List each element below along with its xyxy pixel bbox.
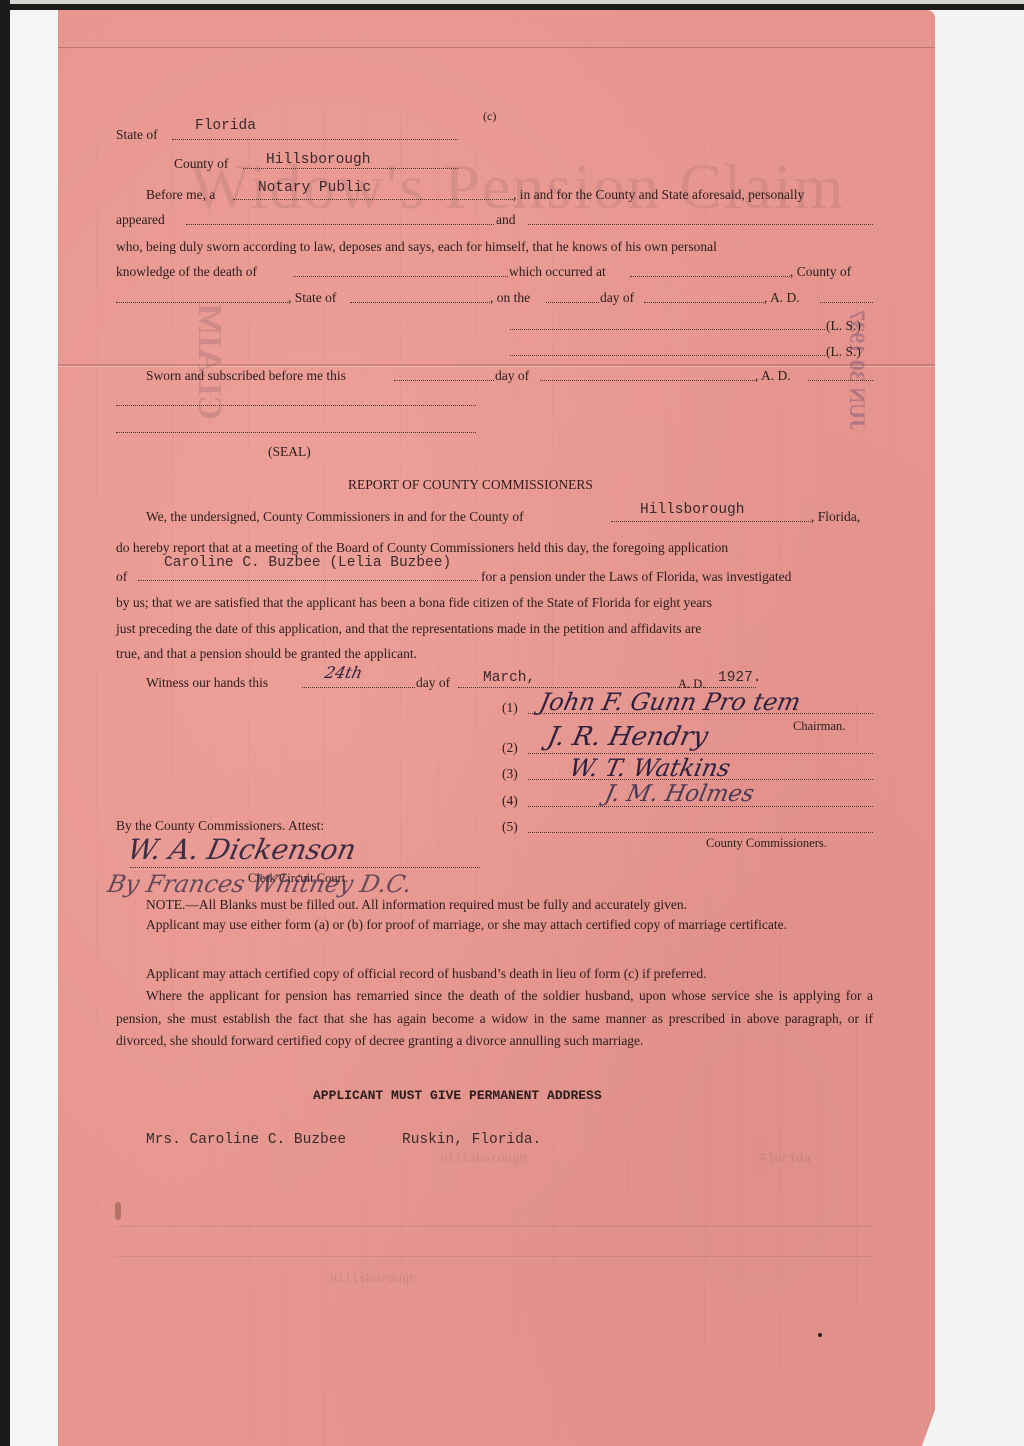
county-field-line	[243, 168, 458, 169]
clerk-signature-line	[130, 867, 480, 868]
year-field-line	[820, 302, 873, 303]
report-county-value: Hillsborough	[640, 503, 744, 518]
applicant-field-line	[138, 580, 478, 581]
ls-signature-line-2	[510, 355, 825, 356]
ls-label-1: (L. S.)	[826, 319, 861, 333]
scan-left-border	[0, 0, 10, 1446]
appeared-label: appeared	[116, 213, 165, 227]
attest-label: By the County Commissioners. Attest:	[116, 819, 324, 833]
report-county-field-line	[611, 521, 811, 522]
knowledge-label: knowledge of the death of	[116, 265, 257, 279]
note-remarriage: Where the applicant for pension has rema…	[116, 985, 873, 1053]
day-of-label: day of	[600, 291, 634, 305]
scan-margin	[10, 10, 58, 1446]
signature-number-4: (4)	[502, 794, 518, 808]
sworn-day-of-label: day of	[495, 369, 529, 383]
before-me-suffix: , in and for the County and State afores…	[513, 188, 804, 202]
officer-signature-line	[116, 405, 476, 406]
report-line-2: do hereby report that at a meeting of th…	[116, 541, 728, 555]
commissioner-signature-4: J. M. Holmes	[603, 783, 757, 806]
witness-month-value: March,	[483, 671, 535, 686]
note-blanks: NOTE.—All Blanks must be filled out. All…	[146, 898, 687, 912]
ad-label: , A. D.	[764, 291, 800, 305]
commissioner-signature-2: J. R. Hendry	[545, 724, 710, 750]
fold-crease-top	[58, 47, 935, 48]
note-marriage-proof-text: Applicant may use either form (a) or (b)…	[146, 917, 787, 932]
witness-day-field-line	[302, 687, 415, 688]
ls-signature-line-1	[510, 329, 825, 330]
stain-mark	[115, 1202, 121, 1220]
state-label: State of	[116, 128, 158, 142]
state-field-line	[172, 139, 458, 140]
appeared-field-line-1	[186, 224, 494, 225]
note-death-record: Applicant may attach certified copy of o…	[146, 967, 707, 981]
form-label: (c)	[483, 110, 496, 122]
state-of-label: , State of	[288, 291, 336, 305]
appeared-field-line-2	[528, 224, 873, 225]
commissioner-signature-1: John F. Gunn Pro tem	[537, 690, 802, 714]
sworn-day-field-line	[394, 380, 494, 381]
county-commissioners-label: County Commissioners.	[706, 837, 827, 850]
of-label: of	[116, 570, 127, 584]
before-me-label: Before me, a	[146, 188, 215, 202]
officer-field-line	[233, 199, 513, 200]
applicant-address-place: Ruskin, Florida.	[402, 1133, 541, 1148]
sworn-year-field-line	[808, 380, 873, 381]
ink-speck	[818, 1333, 822, 1337]
officer-value: Notary Public	[258, 181, 371, 196]
sworn-subscribed-label: Sworn and subscribed before me this	[146, 369, 346, 383]
applicant-value: Caroline C. Buzbee (Lelia Buzbee)	[164, 556, 451, 571]
sworn-month-field-line	[540, 380, 755, 381]
commissioner-signature-3: W. T. Watkins	[567, 756, 732, 780]
county-field-line-2	[116, 302, 288, 303]
witness-label: Witness our hands this	[146, 676, 268, 690]
bleed-through-line	[116, 1256, 873, 1257]
county-value: Hillsborough	[266, 153, 370, 168]
occurred-field-line	[630, 276, 790, 277]
witness-year-value: 1927.	[718, 671, 762, 686]
county-of-label: , County of	[790, 265, 851, 279]
address-heading: APPLICANT MUST GIVE PERMANENT ADDRESS	[313, 1089, 602, 1102]
ls-label-2: (L. S.)	[826, 345, 861, 359]
signature-line-5	[528, 832, 873, 833]
scan-top-border	[10, 4, 1024, 10]
day-field-line	[546, 302, 599, 303]
signature-number-2: (2)	[502, 741, 518, 755]
fold-crease-middle	[58, 364, 935, 366]
officer-title-line	[116, 432, 476, 433]
applicant-address-name: Mrs. Caroline C. Buzbee	[146, 1133, 346, 1148]
deceased-field-line	[293, 276, 508, 277]
report-line-5: just preceding the date of this applicat…	[116, 622, 701, 636]
sworn-ad-label: , A. D.	[755, 369, 791, 383]
deputy-clerk-signature: By Frances Whitney D.C.	[105, 872, 414, 896]
report-line-1: We, the undersigned, County Commissioner…	[146, 510, 524, 524]
note-marriage-proof: Applicant may use either form (a) or (b)…	[116, 914, 873, 937]
report-heading: REPORT OF COUNTY COMMISSIONERS	[348, 478, 593, 492]
occurred-label: which occurred at	[509, 265, 606, 279]
month-field-line	[644, 302, 764, 303]
report-line-3-suffix: for a pension under the Laws of Florida,…	[481, 570, 791, 584]
state-field-line-2	[350, 302, 490, 303]
signature-number-5: (5)	[502, 820, 518, 834]
sworn-statement: who, being duly sworn according to law, …	[116, 240, 717, 254]
on-the-label: , on the	[490, 291, 530, 305]
witness-day-of-label: day of	[416, 676, 450, 690]
and-label: and	[496, 213, 516, 227]
chairman-label: Chairman.	[793, 720, 845, 733]
state-value: Florida	[195, 119, 256, 134]
signature-number-1: (1)	[502, 701, 518, 715]
report-line-1-suffix: , Florida,	[811, 510, 860, 524]
county-label: County of	[174, 157, 228, 171]
report-line-4: by us; that we are satisfied that the ap…	[116, 596, 712, 610]
clerk-signature: W. A. Dickenson	[125, 836, 359, 864]
signature-number-3: (3)	[502, 767, 518, 781]
note-remarriage-text: Where the applicant for pension has rema…	[116, 988, 873, 1048]
report-line-6: true, and that a pension should be grant…	[116, 647, 417, 661]
bleed-through-line	[116, 1226, 873, 1227]
witness-day-value: 24th	[323, 665, 363, 681]
seal-label: (SEAL)	[268, 445, 311, 459]
